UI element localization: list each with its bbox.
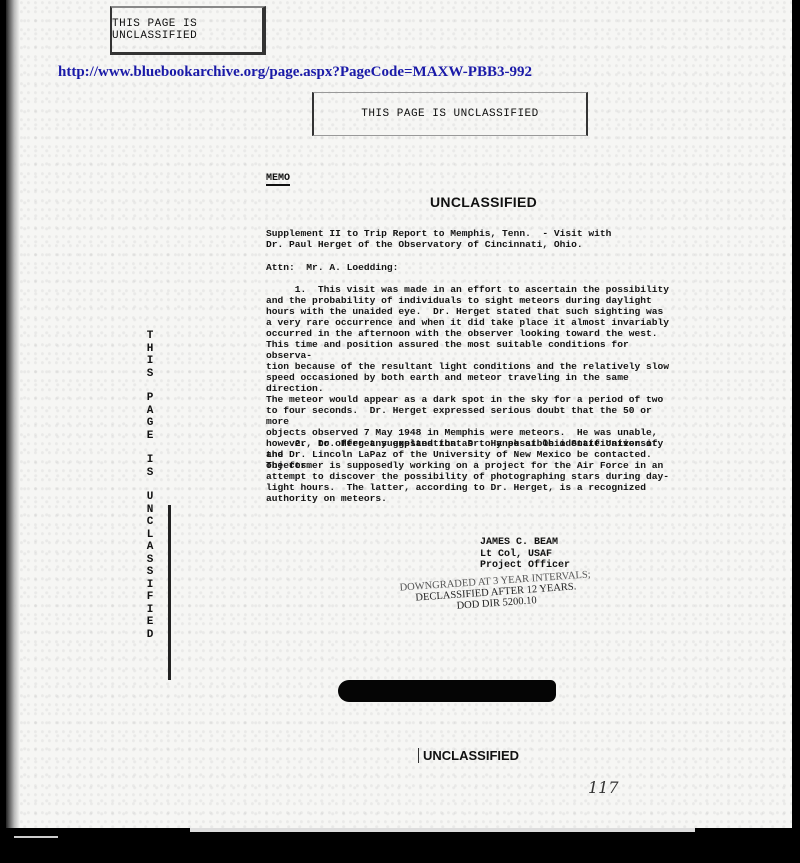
unclassified-stamp-bottom: UNCLASSIFIED [418,748,519,763]
unclassified-stamp-text: THIS PAGE IS UNCLASSIFIED [361,108,539,120]
vertical-stamp-letter: U [147,491,154,504]
vertical-stamp-letter: I [147,579,154,592]
signer-rank: Lt Col, USAF [480,549,570,561]
unclassified-stamp-text: THIS PAGE IS UNCLASSIFIED [112,18,262,42]
vertical-stamp-letter: N [147,504,154,517]
scan-artifact-mark [14,836,58,838]
signature-block: JAMES C. BEAM Lt Col, USAF Project Offic… [480,537,570,572]
vertical-stamp-letter: S [147,368,154,381]
memo-attention-line: Attn: Mr. A. Loedding: [266,262,676,273]
vertical-stamp-letter: T [147,330,154,343]
vertical-stamp-letter: I [147,454,154,467]
vertical-stamp-letter: A [147,541,154,554]
vertical-stamp-letter: S [147,554,154,567]
unclassified-stamp-box-top: THIS PAGE IS UNCLASSIFIED [110,6,266,55]
vertical-stamp-letter: F [147,591,154,604]
signer-name: JAMES C. BEAM [480,537,570,549]
memo-subject: Supplement II to Trip Report to Memphis,… [266,228,676,250]
vertical-stamp-letter: S [147,566,154,579]
vertical-stamp-letter: P [147,392,154,405]
vertical-stamp-letter: L [147,529,154,542]
margin-vertical-line [168,505,171,680]
vertical-stamp-letter: H [147,343,154,356]
vertical-stamp-letter: S [147,467,154,480]
paper-bottom-edge [190,828,695,832]
signer-title: Project Officer [480,560,570,572]
handwritten-page-number: 117 [588,778,619,797]
vertical-stamp-letter: A [147,405,154,418]
vertical-stamp-letter: D [147,629,154,642]
memo-paragraph-2: 2. Dr. Herget suggested that Dr. Hynek a… [266,438,676,504]
vertical-stamp-letter: G [147,417,154,430]
vertical-stamp-letter: I [147,355,154,368]
unclassified-stamp-box-second: THIS PAGE IS UNCLASSIFIED [312,92,588,136]
memo-label: MEMO [266,173,290,186]
redaction-bar [338,680,556,702]
unclassified-stamp-top: UNCLASSIFIED [430,194,537,210]
bluebook-archive-link[interactable]: http://www.bluebookarchive.org/page.aspx… [58,64,532,81]
vertical-stamp-letter: I [147,604,154,617]
vertical-stamp-letter: E [147,616,154,629]
paper-edge-shadow [6,0,20,828]
vertical-stamp-letter: C [147,516,154,529]
vertical-unclassified-stamp: THISPAGEISUNCLASSIFIED [143,330,157,641]
vertical-stamp-letter: E [147,430,154,443]
